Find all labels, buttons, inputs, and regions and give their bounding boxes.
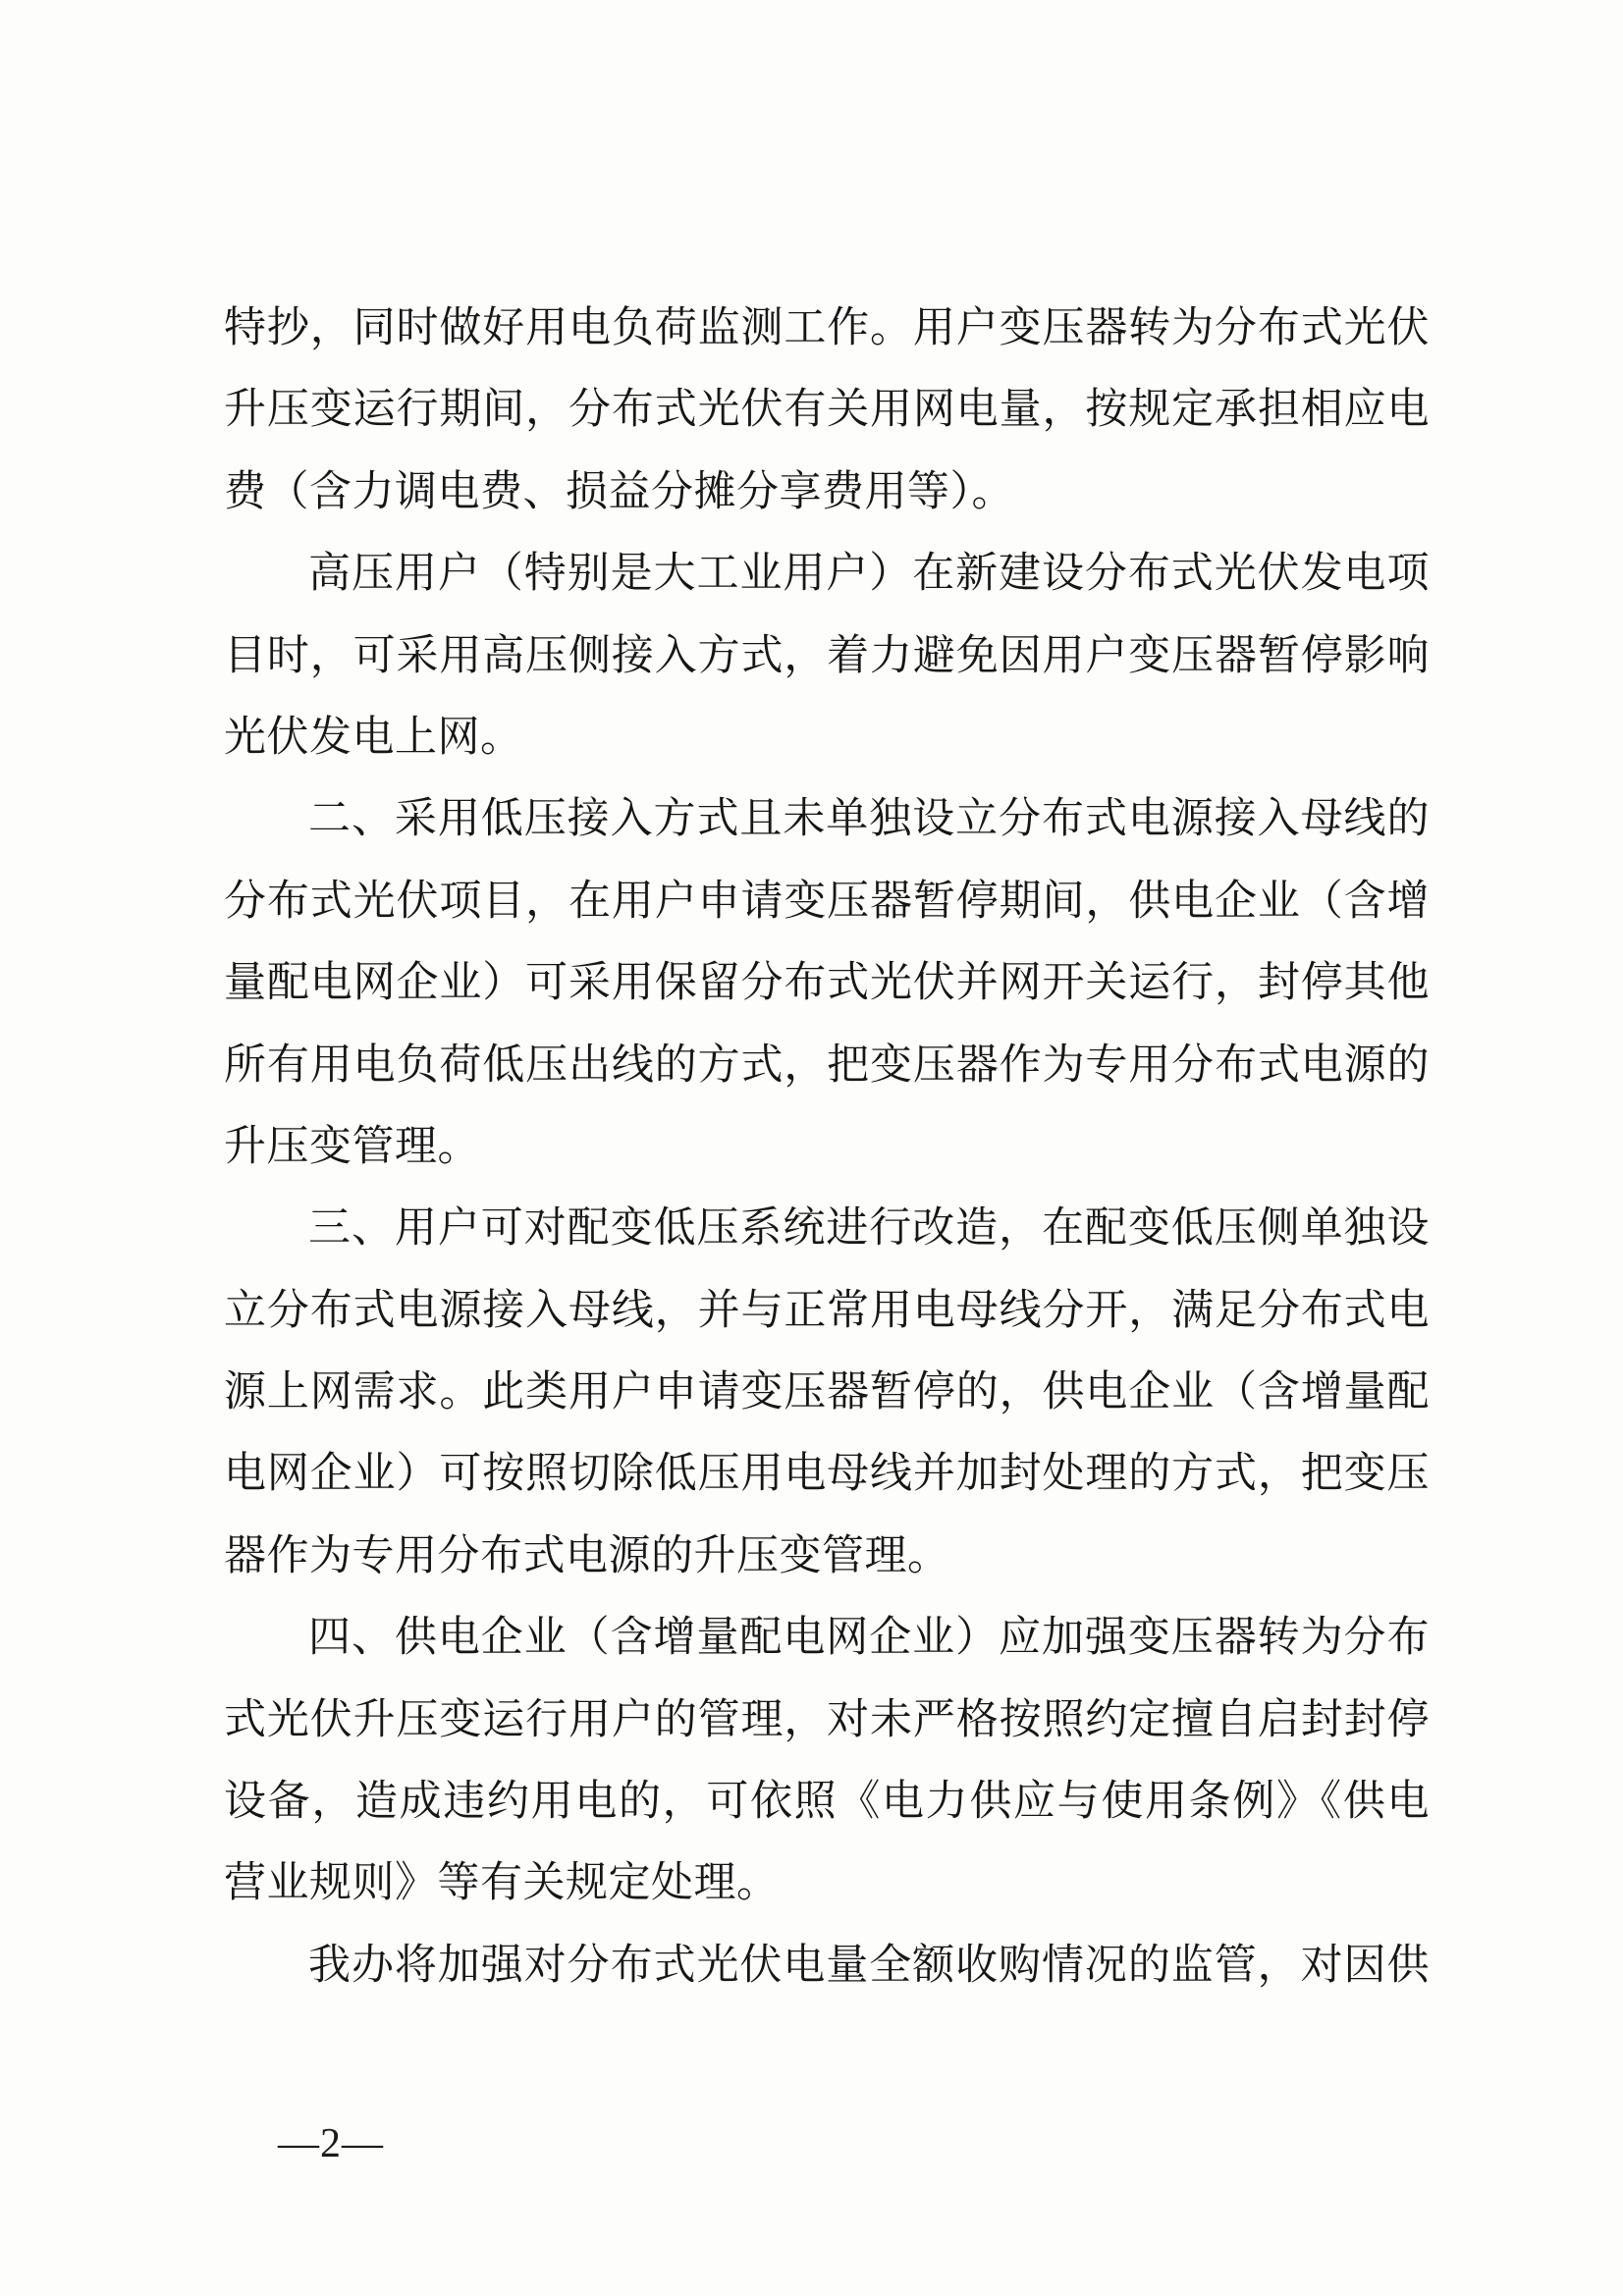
text-line: 式光伏升压变运行用户的管理，对未严格按照约定擅自启封封停 <box>224 1680 1430 1761</box>
text-line: 立分布式电源接入母线，并与正常用电母线分开，满足分布式电 <box>224 1270 1430 1352</box>
text-line: 四、供电企业（含增量配电网企业）应加强变压器转为分布 <box>224 1597 1430 1679</box>
text-line: 目时，可采用高压侧接入方式，着力避免因用户变压器暂停影响 <box>224 615 1430 697</box>
text-line: 分布式光伏项目，在用户申请变压器暂停期间，供电企业（含增 <box>224 861 1430 942</box>
text-line: 量配电网企业）可采用保留分布式光伏并网开关运行，封停其他 <box>224 942 1430 1024</box>
text-line: 二、采用低压接入方式且未单独设立分布式电源接入母线的 <box>224 778 1430 860</box>
document-page: 特抄，同时做好用电负荷监测工作。用户变压器转为分布式光伏 升压变运行期间，分布式… <box>0 0 1623 2296</box>
body-text: 特抄，同时做好用电负荷监测工作。用户变压器转为分布式光伏 升压变运行期间，分布式… <box>224 288 1430 2006</box>
text-line: 光伏发电上网。 <box>224 697 1430 778</box>
text-line: 升压变运行期间，分布式光伏有关用网电量，按规定承担相应电 <box>224 369 1430 451</box>
text-line: 高压用户（特别是大工业用户）在新建设分布式光伏发电项 <box>224 533 1430 614</box>
text-line: 升压变管理。 <box>224 1106 1430 1188</box>
text-line: 我办将加强对分布式光伏电量全额收购情况的监管，对因供 <box>224 1925 1430 2006</box>
page-number: —2— <box>278 2118 384 2169</box>
text-line: 特抄，同时做好用电负荷监测工作。用户变压器转为分布式光伏 <box>224 288 1430 369</box>
text-line: 器作为专用分布式电源的升压变管理。 <box>224 1516 1430 1597</box>
text-line: 设备，造成违约用电的，可依照《电力供应与使用条例》《供电 <box>224 1761 1430 1842</box>
text-line: 费（含力调电费、损益分摊分享费用等）。 <box>224 452 1430 533</box>
text-line: 所有用电负荷低压出线的方式，把变压器作为专用分布式电源的 <box>224 1025 1430 1106</box>
text-line: 源上网需求。此类用户申请变压器暂停的，供电企业（含增量配 <box>224 1352 1430 1433</box>
text-line: 三、用户可对配变低压系统进行改造，在配变低压侧单独设 <box>224 1188 1430 1269</box>
text-line: 营业规则》等有关规定处理。 <box>224 1842 1430 1924</box>
text-line: 电网企业）可按照切除低压用电母线并加封处理的方式，把变压 <box>224 1433 1430 1515</box>
